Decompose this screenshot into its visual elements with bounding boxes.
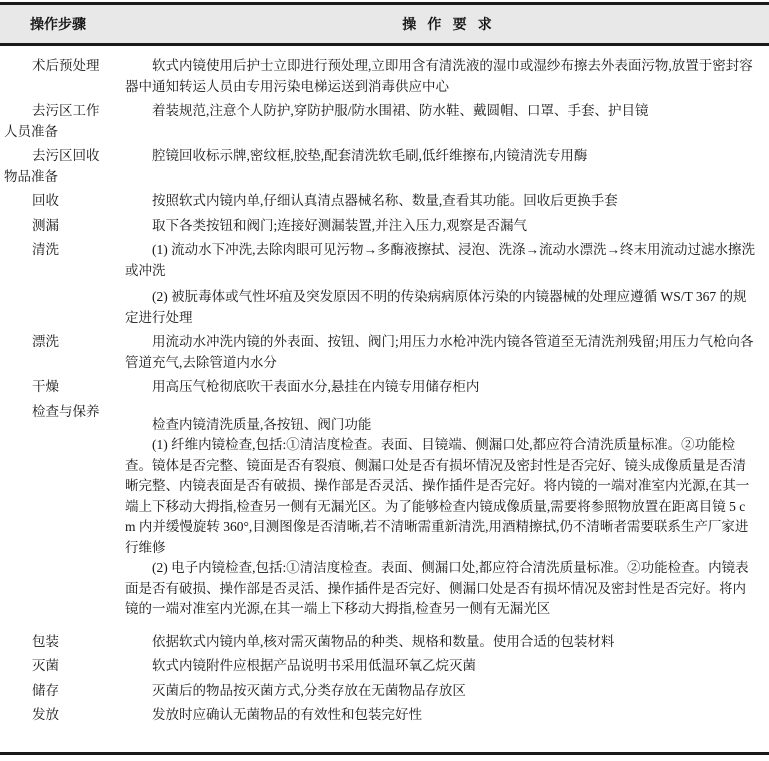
requirement-paragraph: 用流动水冲洗内镜的外表面、按钮、阀门;用压力水枪冲洗内镜各管道至无清洗剂残留;用… — [125, 332, 755, 373]
step-label: 测漏 — [0, 216, 125, 237]
requirement-cell: 用流动水冲洗内镜的外表面、按钮、阀门;用压力水枪冲洗内镜各管道至无清洗剂残留;用… — [125, 332, 769, 373]
requirement-cell: 检查内镜清洗质量,各按钮、阀门功能(1) 纤维内镜检查,包括:①清洁度检查。表面… — [125, 402, 769, 620]
requirement-cell: 发放时应确认无菌物品的有效性和包装完好性 — [125, 705, 769, 726]
table-row: 发放发放时应确认无菌物品的有效性和包装完好性 — [0, 705, 769, 726]
requirement-cell: 软式内镜使用后护士立即进行预处理,立即用含有清洗液的湿巾或湿纱布擦去外表面污物,… — [125, 56, 769, 97]
requirement-cell: 按照软式内镜内单,仔细认真清点器械名称、数量,查看其功能。回收后更换手套 — [125, 191, 769, 212]
table-bottom-rule — [0, 752, 769, 755]
requirement-paragraph: 软式内镜附件应根据产品说明书采用低温环氧乙烷灭菌 — [125, 656, 755, 677]
column-header-requirement: 操作要求 — [125, 14, 769, 34]
step-label: 去污区回收物品准备 — [0, 146, 125, 187]
table-row: 清洗(1) 流动水下冲洗,去除肉眼可见污物→多酶液擦拭、浸泡、洗涤→流动水漂洗→… — [0, 240, 769, 328]
requirement-paragraph: 灭菌后的物品按灭菌方式,分类存放在无菌物品存放区 — [125, 681, 755, 702]
step-label: 漂洗 — [0, 332, 125, 373]
requirement-cell: 着装规范,注意个人防护,穿防护服/防水围裙、防水鞋、戴圆帽、口罩、手套、护目镜 — [125, 101, 769, 142]
requirement-paragraph: (1) 流动水下冲洗,去除肉眼可见污物→多酶液擦拭、浸泡、洗涤→流动水漂洗→终末… — [125, 240, 755, 281]
step-label: 术后预处理 — [0, 56, 125, 97]
requirement-cell: 依据软式内镜内单,核对需灭菌物品的种类、规格和数量。使用合适的包装材料 — [125, 632, 769, 653]
requirement-paragraph: 按照软式内镜内单,仔细认真清点器械名称、数量,查看其功能。回收后更换手套 — [125, 191, 755, 212]
step-label: 去污区工作人员准备 — [0, 101, 125, 142]
requirement-paragraph: 发放时应确认无菌物品的有效性和包装完好性 — [125, 705, 755, 726]
table-body: 术后预处理软式内镜使用后护士立即进行预处理,立即用含有清洗液的湿巾或湿纱布擦去外… — [0, 46, 769, 752]
step-label: 灭菌 — [0, 656, 125, 677]
step-label: 包装 — [0, 632, 125, 653]
step-label: 干燥 — [0, 377, 125, 398]
table-row: 去污区回收物品准备腔镜回收标示牌,密纹框,胶垫,配套清洗软毛刷,低纤维擦布,内镜… — [0, 146, 769, 187]
table-row: 回收按照软式内镜内单,仔细认真清点器械名称、数量,查看其功能。回收后更换手套 — [0, 191, 769, 212]
column-header-step: 操作步骤 — [0, 14, 125, 34]
table-row: 术后预处理软式内镜使用后护士立即进行预处理,立即用含有清洗液的湿巾或湿纱布擦去外… — [0, 56, 769, 97]
requirement-paragraph: 着装规范,注意个人防护,穿防护服/防水围裙、防水鞋、戴圆帽、口罩、手套、护目镜 — [125, 101, 755, 122]
table-row: 干燥用高压气枪彻底吹干表面水分,悬挂在内镜专用储存柜内 — [0, 377, 769, 398]
table-row: 灭菌软式内镜附件应根据产品说明书采用低温环氧乙烷灭菌 — [0, 656, 769, 677]
table-row: 包装依据软式内镜内单,核对需灭菌物品的种类、规格和数量。使用合适的包装材料 — [0, 632, 769, 653]
requirement-paragraph: 检查内镜清洗质量,各按钮、阀门功能 — [125, 415, 755, 436]
requirement-cell: 腔镜回收标示牌,密纹框,胶垫,配套清洗软毛刷,低纤维擦布,内镜清洗专用酶 — [125, 146, 769, 187]
step-label: 检查与保养 — [0, 402, 125, 620]
table-header: 操作步骤 操作要求 — [0, 2, 769, 46]
step-label: 储存 — [0, 681, 125, 702]
requirement-paragraph: 腔镜回收标示牌,密纹框,胶垫,配套清洗软毛刷,低纤维擦布,内镜清洗专用酶 — [125, 146, 755, 167]
requirement-paragraph: (2) 被朊毒体或气性坏疽及突发原因不明的传染病病原体污染的内镜器械的处理应遵循… — [125, 287, 755, 328]
requirement-cell: (1) 流动水下冲洗,去除肉眼可见污物→多酶液擦拭、浸泡、洗涤→流动水漂洗→终末… — [125, 240, 769, 328]
table-row: 漂洗用流动水冲洗内镜的外表面、按钮、阀门;用压力水枪冲洗内镜各管道至无清洗剂残留… — [0, 332, 769, 373]
table-row: 储存灭菌后的物品按灭菌方式,分类存放在无菌物品存放区 — [0, 681, 769, 702]
step-label: 回收 — [0, 191, 125, 212]
requirement-paragraph: 用高压气枪彻底吹干表面水分,悬挂在内镜专用储存柜内 — [125, 377, 755, 398]
document-page: 操作步骤 操作要求 术后预处理软式内镜使用后护士立即进行预处理,立即用含有清洗液… — [0, 0, 769, 761]
requirement-paragraph: (2) 电子内镜检查,包括:①清洁度检查。表面、侧漏口处,都应符合清洗质量标准。… — [125, 558, 755, 620]
step-label: 发放 — [0, 705, 125, 726]
requirement-paragraph: 依据软式内镜内单,核对需灭菌物品的种类、规格和数量。使用合适的包装材料 — [125, 632, 755, 653]
table-row: 去污区工作人员准备着装规范,注意个人防护,穿防护服/防水围裙、防水鞋、戴圆帽、口… — [0, 101, 769, 142]
requirement-paragraph: 取下各类按钮和阀门;连接好测漏装置,并注入压力,观察是否漏气 — [125, 216, 755, 237]
requirement-paragraph: 软式内镜使用后护士立即进行预处理,立即用含有清洗液的湿巾或湿纱布擦去外表面污物,… — [125, 56, 755, 97]
requirement-cell: 灭菌后的物品按灭菌方式,分类存放在无菌物品存放区 — [125, 681, 769, 702]
requirement-cell: 取下各类按钮和阀门;连接好测漏装置,并注入压力,观察是否漏气 — [125, 216, 769, 237]
table-row: 测漏取下各类按钮和阀门;连接好测漏装置,并注入压力,观察是否漏气 — [0, 216, 769, 237]
requirement-paragraph: (1) 纤维内镜检查,包括:①清洁度检查。表面、目镜端、侧漏口处,都应符合清洗质… — [125, 435, 755, 558]
requirement-cell: 用高压气枪彻底吹干表面水分,悬挂在内镜专用储存柜内 — [125, 377, 769, 398]
table-row: 检查与保养检查内镜清洗质量,各按钮、阀门功能(1) 纤维内镜检查,包括:①清洁度… — [0, 402, 769, 620]
step-label: 清洗 — [0, 240, 125, 328]
requirement-cell: 软式内镜附件应根据产品说明书采用低温环氧乙烷灭菌 — [125, 656, 769, 677]
